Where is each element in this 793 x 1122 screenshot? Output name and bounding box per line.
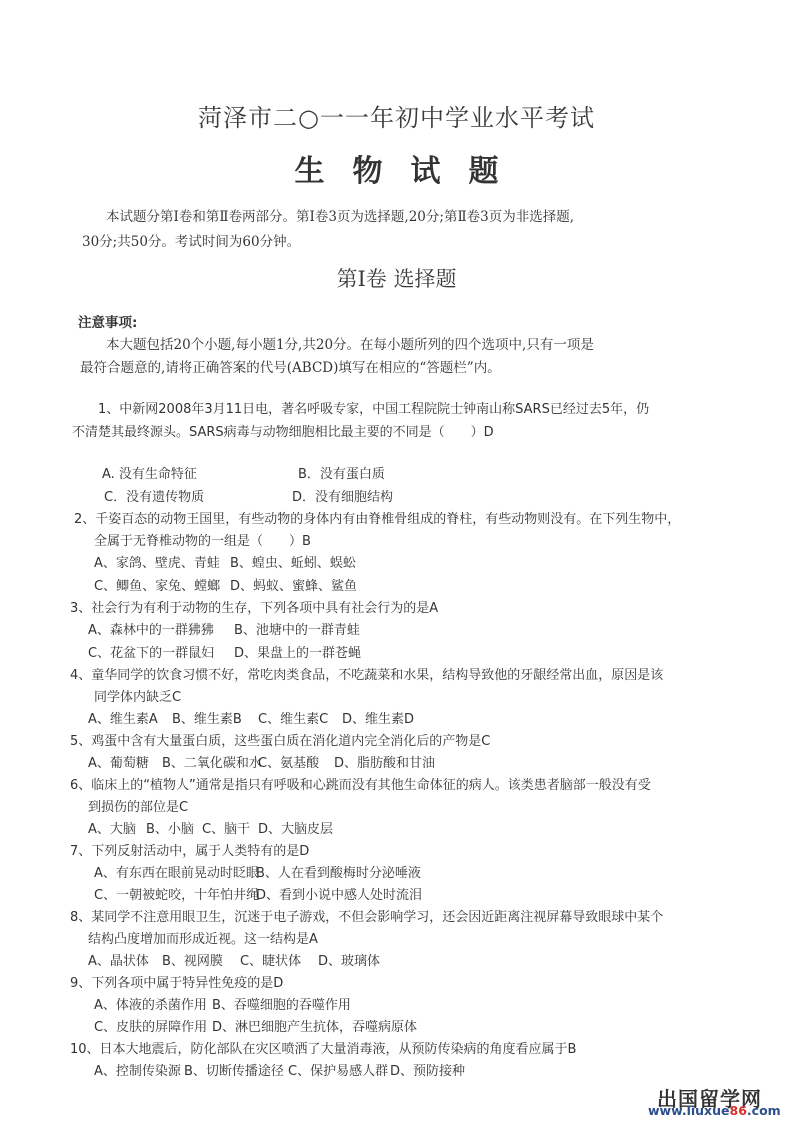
watermark-url-prefix: www.liuxue: [648, 1103, 730, 1118]
question-2-option-a: A、家鸽、壁虎、青蛙: [94, 552, 220, 571]
question-8-option-a: A、晶状体: [88, 950, 149, 969]
question-3-option-a: A、森林中的一群狒狒: [88, 619, 214, 638]
question-10-option-c: C、保护易感人群: [288, 1060, 388, 1079]
question-3-option-c: C、花盆下的一群鼠妇: [88, 642, 214, 661]
question-8-line-2: 结构凸度增加而形成近视。这一结构是A: [88, 928, 318, 947]
question-9-option-d: D、淋巴细胞产生抗体，吞噬病原体: [212, 1016, 417, 1035]
question-2-option-d: D、蚂蚁、蜜蜂、鲨鱼: [230, 575, 357, 594]
question-4-option-d: D、维生素D: [342, 708, 414, 727]
question-1-option-d: D．没有细胞结构: [292, 486, 393, 505]
question-6-line-2: 到损伤的部位是C: [88, 796, 188, 815]
question-3-option-d: D、果盘上的一群苍蝇: [234, 642, 361, 661]
question-1-line-2: 不清楚其最终源头。SARS病毒与动物细胞相比最主要的不同是（ ）D: [72, 421, 494, 440]
question-9-option-a: A、体液的杀菌作用: [94, 994, 207, 1013]
question-9-line-1: 9、下列各项中属于特异性免疫的是D: [70, 972, 283, 991]
question-5-option-b: B、二氧化碳和水: [162, 752, 262, 771]
watermark-url-suffix: .com: [747, 1103, 781, 1118]
question-7-option-c: C、一朝被蛇咬，十年怕井绳: [94, 884, 259, 903]
question-7-line-1: 7、下列反射活动中，属于人类特有的是D: [70, 840, 309, 859]
question-6-option-a: A、大脑: [88, 818, 136, 837]
notice-line-2: 最符合题意的,请将正确答案的代号(ABCD)填写在相应的“答题栏”内。: [80, 356, 501, 376]
notice-line-1: 本大题包括20个小题,每小题1分,共20分。在每小题所列的四个选项中,只有一项是: [106, 333, 594, 353]
notice-heading: 注意事项:: [78, 311, 137, 331]
question-2-option-b: B、蝗虫、蚯蚓、蜈蚣: [230, 552, 356, 571]
question-6-option-b: B、小脑: [146, 818, 194, 837]
question-4-option-c: C、维生素C: [258, 708, 328, 727]
question-5-line-1: 5、鸡蛋中含有大量蛋白质，这些蛋白质在消化道内完全消化后的产物是C: [70, 730, 490, 749]
question-8-option-d: D、玻璃体: [318, 950, 380, 969]
watermark-url-highlight: 86: [730, 1103, 747, 1118]
question-4-line-2: 同学体内缺乏C: [94, 686, 181, 705]
question-3-option-b: B、池塘中的一群青蛙: [234, 619, 360, 638]
question-5-option-d: D、脂肪酸和甘油: [334, 752, 435, 771]
subject-title: 生物试题: [0, 146, 793, 190]
question-10-line-1: 10、日本大地震后，防化部队在灾区喷洒了大量消毒液，从预防传染病的角度看应属于B: [70, 1038, 576, 1057]
question-7-option-b: B、人在看到酸梅时分泌唾液: [256, 862, 421, 881]
question-10-option-d: D、预防接种: [390, 1060, 465, 1079]
question-8-line-1: 8、某同学不注意用眼卫生，沉迷于电子游戏，不但会影响学习，还会因近距离注视屏幕导…: [70, 906, 663, 925]
exam-title: 菏泽市二○一一年初中学业水平考试: [0, 98, 793, 133]
question-1-line-1: 1、中新网2008年3月11日电，著名呼吸专家，中国工程院院士钟南山称SARS已…: [98, 398, 649, 417]
question-7-option-a: A、有东西在眼前晃动时眨眼: [94, 862, 259, 881]
question-4-option-a: A、维生素A: [88, 708, 158, 727]
question-8-option-b: B、视网膜: [162, 950, 223, 969]
question-8-option-c: C、睫状体: [240, 950, 301, 969]
question-10-option-a: A、控制传染源: [94, 1060, 181, 1079]
question-6-option-d: D、大脑皮层: [258, 818, 333, 837]
watermark-url: www.liuxue86.com: [648, 1103, 781, 1118]
question-2-line-2: 全属于无脊椎动物的一组是（ ）B: [94, 530, 311, 549]
question-2-option-c: C、鲫鱼、家兔、螳螂: [94, 575, 220, 594]
question-9-option-c: C、皮肤的屏障作用: [94, 1016, 207, 1035]
question-3-line-1: 3、社会行为有利于动物的生存，下列各项中具有社会行为的是A: [70, 597, 438, 616]
question-6-option-c: C、脑干: [202, 818, 250, 837]
question-9-option-b: B、吞噬细胞的吞噬作用: [212, 994, 351, 1013]
question-4-line-1: 4、童华同学的饮食习惯不好，常吃肉类食品，不吃蔬菜和水果，结构导致他的牙龈经常出…: [70, 664, 663, 683]
question-1-option-c: C．没有遗传物质: [104, 486, 204, 505]
intro-line-1: 本试题分第Ⅰ卷和第Ⅱ卷两部分。第Ⅰ卷3页为选择题,20分;第Ⅱ卷3页为非选择题,: [106, 205, 574, 225]
question-6-line-1: 6、临床上的“植物人”通常是指只有呼吸和心跳而没有其他生命体征的病人。该类患者脑…: [70, 774, 651, 793]
question-7-option-d: D、看到小说中感人处时流泪: [256, 884, 422, 903]
question-2-line-1: 2、千姿百态的动物王国里，有些动物的身体内有由脊椎骨组成的脊柱，有些动物则没有。…: [74, 508, 680, 527]
question-4-option-b: B、维生素B: [172, 708, 242, 727]
question-5-option-a: A、葡萄糖: [88, 752, 149, 771]
exam-page: 菏泽市二○一一年初中学业水平考试 生物试题 本试题分第Ⅰ卷和第Ⅱ卷两部分。第Ⅰ卷…: [0, 0, 793, 1122]
question-1-option-a: A. 没有生命特征: [102, 463, 197, 482]
question-1-option-b: B．没有蛋白质: [298, 463, 385, 482]
question-10-option-b: B、切断传播途径: [184, 1060, 284, 1079]
question-5-option-c: C、氨基酸: [258, 752, 319, 771]
section-title: 第Ⅰ卷 选择题: [0, 263, 793, 293]
intro-line-2: 30分;共50分。考试时间为60分钟。: [82, 230, 300, 250]
